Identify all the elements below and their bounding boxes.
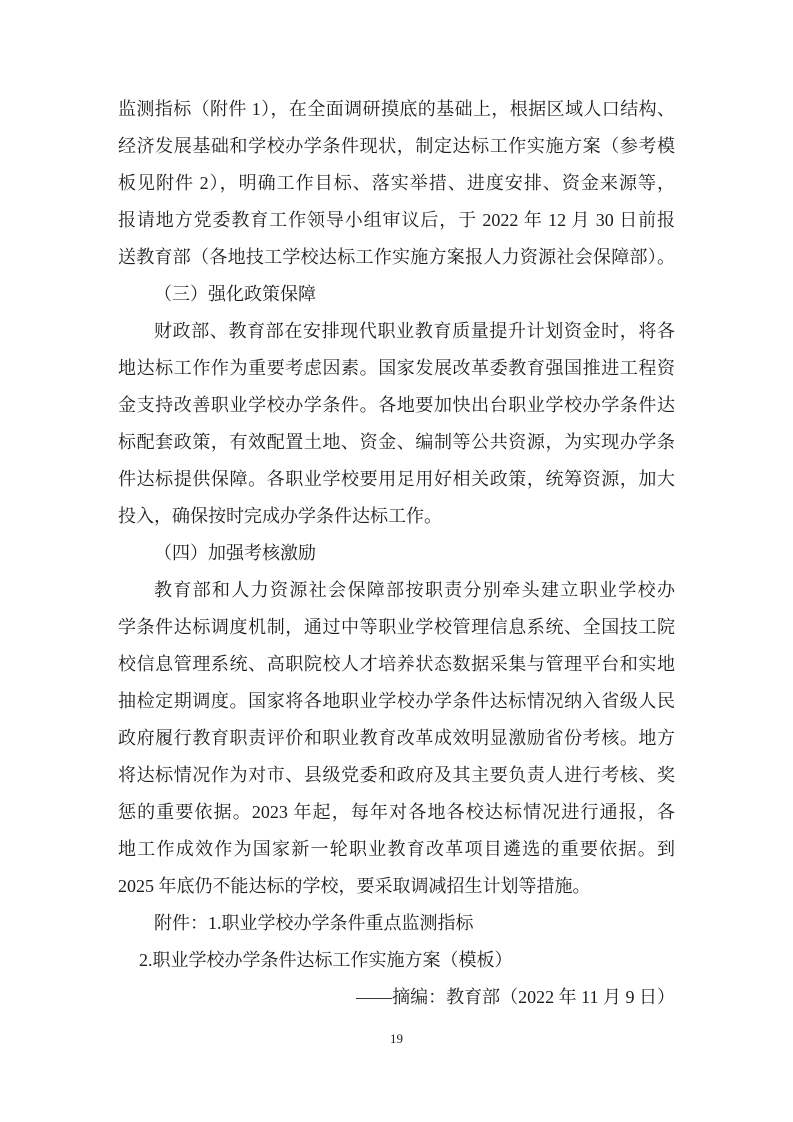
text-line: 报请地方党委教育工作领导小组审议后，于 2022 年 12 月 30 日前报	[118, 202, 675, 239]
text-line: 将达标情况作为对市、县级党委和政府及其主要负责人进行考核、奖	[118, 757, 675, 794]
text-line: 政府履行教育职责评价和职业教育改革成效明显激励省份考核。地方	[118, 720, 675, 757]
text-line: 标配套政策，有效配置土地、资金、编制等公共资源，为实现办学条	[118, 424, 675, 461]
text-line: 地工作成效作为国家新一轮职业教育改革项目遴选的重要依据。到	[118, 831, 675, 868]
text-line: 学条件达标调度机制，通过中等职业学校管理信息系统、全国技工院	[118, 609, 675, 646]
text-line: 件达标提供保障。各职业学校要用足用好相关政策，统筹资源，加大	[118, 461, 675, 498]
text-line: 教育部和人力资源社会保障部按职责分别牵头建立职业学校办	[118, 572, 675, 609]
document-body: 监测指标（附件 1），在全面调研摸底的基础上，根据区域人口结构、 经济发展基础和…	[118, 91, 675, 1016]
text-line: 地达标工作作为重要考虑因素。国家发展改革委教育强国推进工程资	[118, 350, 675, 387]
attachment-item: 附件：1.职业学校办学条件重点监测指标	[118, 905, 675, 942]
section-heading: （三）强化政策保障	[118, 276, 675, 313]
text-line: 送教育部（各地技工学校达标工作实施方案报人力资源社会保障部）。	[118, 239, 675, 276]
text-line: 经济发展基础和学校办学条件现状，制定达标工作实施方案（参考模	[118, 128, 675, 165]
text-line: 金支持改善职业学校办学条件。各地要加快出台职业学校办学条件达	[118, 387, 675, 424]
text-line: 板见附件 2），明确工作目标、落实举措、进度安排、资金来源等，	[118, 165, 675, 202]
text-line: 抽检定期调度。国家将各地职业学校办学条件达标情况纳入省级人民	[118, 683, 675, 720]
page-number: 19	[0, 1030, 793, 1048]
text-line: 财政部、教育部在安排现代职业教育质量提升计划资金时，将各	[118, 313, 675, 350]
text-line: 2025 年底仍不能达标的学校，要采取调减招生计划等措施。	[118, 868, 675, 905]
document-page: 监测指标（附件 1），在全面调研摸底的基础上，根据区域人口结构、 经济发展基础和…	[0, 0, 793, 1122]
text-line: 投入，确保按时完成办学条件达标工作。	[118, 498, 675, 535]
attachment-item: 2.职业学校办学条件达标工作实施方案（模板）	[118, 942, 675, 979]
source-attribution: ——摘编：教育部（2022 年 11 月 9 日）	[118, 979, 675, 1016]
text-line: 惩的重要依据。2023 年起，每年对各地各校达标情况进行通报，各	[118, 794, 675, 831]
text-line: 校信息管理系统、高职院校人才培养状态数据采集与管理平台和实地	[118, 646, 675, 683]
text-line: 监测指标（附件 1），在全面调研摸底的基础上，根据区域人口结构、	[118, 91, 675, 128]
section-heading: （四）加强考核激励	[118, 535, 675, 572]
